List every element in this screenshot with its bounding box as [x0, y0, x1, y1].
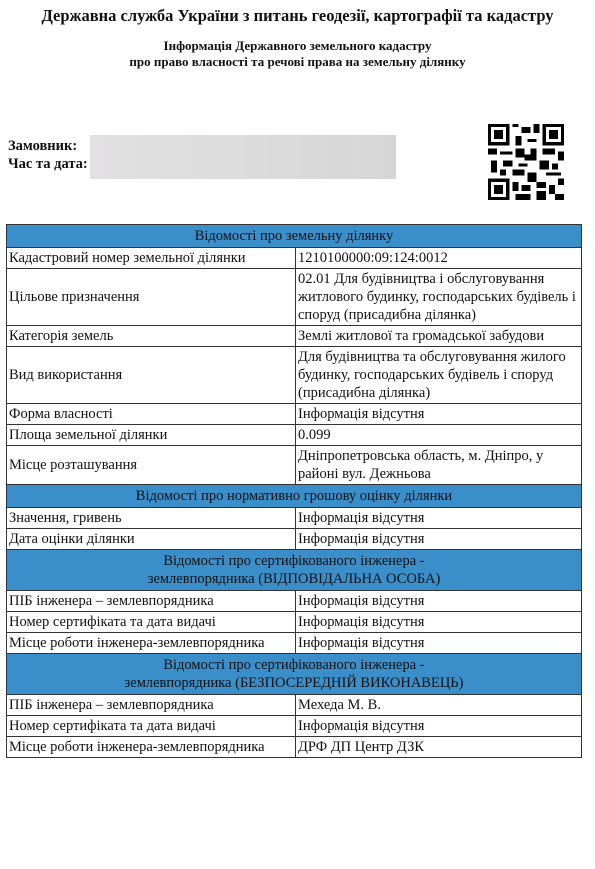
table-row: ПІБ інженера – землевпорядникаІнформація… [7, 591, 582, 612]
qr-code-icon [488, 124, 564, 200]
customer-label: Замовник: [8, 137, 88, 155]
section-header-valuation: Відомості про нормативно грошову оцінку … [7, 485, 582, 508]
table-row: Категорія земельЗемлі житлової та громад… [7, 326, 582, 347]
table-row: Цільове призначення02.01 Для будівництва… [7, 269, 582, 326]
table-row: Місце розташуванняДніпропетровська облас… [7, 446, 582, 485]
table-row: Вид використанняДля будівництва та обслу… [7, 347, 582, 404]
cadastre-info-table: Відомості про земельну ділянку Кадастров… [6, 224, 582, 758]
datetime-label: Час та дата: [8, 155, 88, 173]
section-header-land-parcel: Відомості про земельну ділянку [7, 225, 582, 248]
organization-title: Державна служба України з питань геодезі… [0, 6, 595, 26]
subtitle-line-1: Інформація Державного земельного кадастр… [0, 38, 595, 54]
table-row: Значення, гривеньІнформація відсутня [7, 508, 582, 529]
request-meta: Замовник: Час та дата: [8, 137, 88, 173]
table-row: ПІБ інженера – землевпорядникаМехеда М. … [7, 695, 582, 716]
table-row: Дата оцінки ділянкиІнформація відсутня [7, 529, 582, 550]
table-row: Номер сертифіката та дата видачіІнформац… [7, 612, 582, 633]
table-row: Місце роботи інженера-землевпорядникаІнф… [7, 633, 582, 654]
subtitle-line-2: про право власності та речові права на з… [0, 54, 595, 70]
table-row: Форма власностіІнформація відсутня [7, 404, 582, 425]
table-row: Номер сертифіката та дата видачіІнформац… [7, 716, 582, 737]
redacted-block [90, 135, 396, 179]
table-row: Кадастровий номер земельної ділянки12101… [7, 248, 582, 269]
document-subtitle: Інформація Державного земельного кадастр… [0, 38, 595, 70]
table-row: Площа земельної ділянки0.099 [7, 425, 582, 446]
section-header-responsible-engineer: Відомості про сертифікованого інженера -… [7, 550, 582, 591]
section-header-executing-engineer: Відомості про сертифікованого інженера -… [7, 654, 582, 695]
table-row: Місце роботи інженера-землевпорядникаДРФ… [7, 737, 582, 758]
